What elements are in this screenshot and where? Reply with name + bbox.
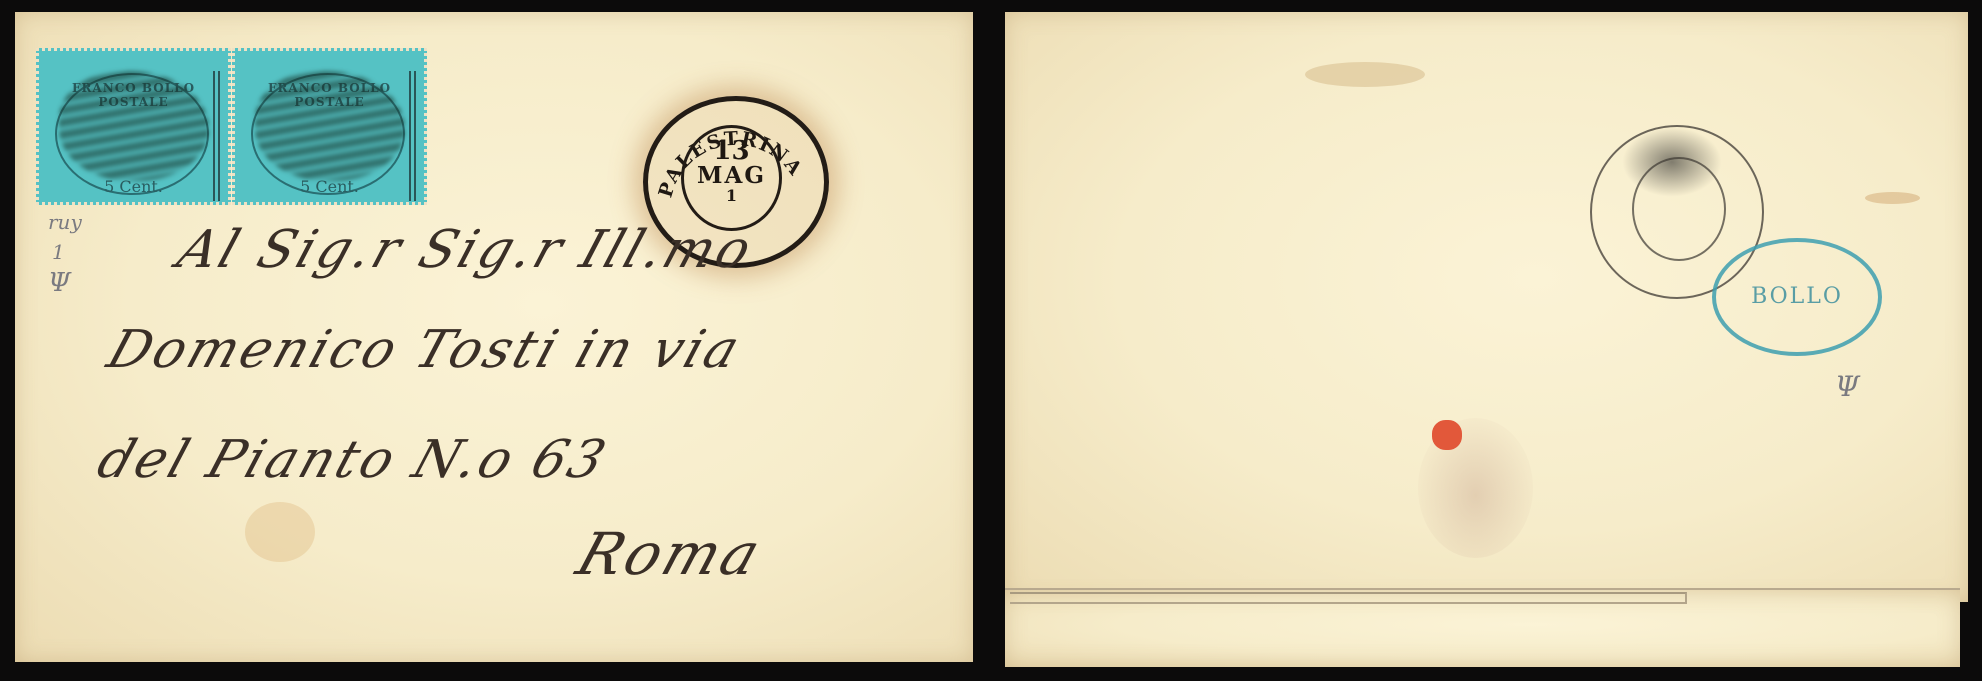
- grid-cancel: [59, 71, 209, 181]
- fold-edge: [1010, 592, 1687, 604]
- stamp-5-cent-left: FRANCO BOLLO POSTALE 5 Cent.: [36, 48, 231, 205]
- postmark-month: MAG: [684, 164, 779, 188]
- stamp-5-cent-right: FRANCO BOLLO POSTALE 5 Cent.: [232, 48, 427, 205]
- foxing-stain: [245, 502, 315, 562]
- address-line-3: del Pianto N.o 63: [90, 430, 615, 490]
- grid-cancel: [255, 71, 405, 181]
- address-line-4: Roma: [569, 520, 771, 588]
- blue-oval-handstamp: BOLLO: [1712, 238, 1882, 356]
- pencil-note: 1: [52, 240, 65, 264]
- foxing-stain: [1865, 192, 1920, 204]
- postmark-day: 13: [684, 138, 779, 164]
- address-line-2: Domenico Tosti in via: [100, 320, 749, 380]
- postmark-year: 1: [684, 188, 779, 204]
- foxing-stain: [1305, 62, 1425, 87]
- pencil-note: ruy: [48, 210, 82, 234]
- pencil-note: Ψ: [1835, 370, 1860, 403]
- red-wax-seal: [1432, 420, 1462, 450]
- pencil-note: Ψ: [48, 268, 71, 298]
- postmark-inner-ring: [1632, 157, 1726, 261]
- address-line-1: Al Sig.r Sig.r Ill.mo: [170, 220, 761, 280]
- postmark-date: 13 MAG 1: [681, 125, 782, 231]
